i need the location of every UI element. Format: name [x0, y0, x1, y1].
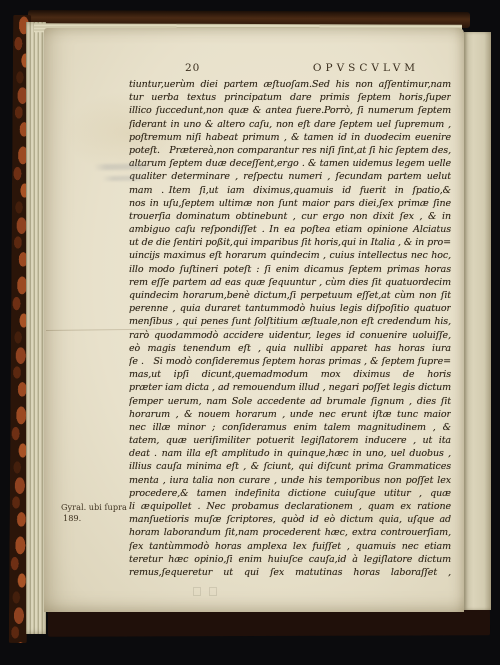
body-text-line: illico ſuccedunt,non quæ & antea fuere.P…	[129, 104, 451, 117]
body-text-line: uincijs maximus eſt horarum quindecim , …	[129, 249, 451, 262]
body-text-line: ambiguo caſu reſpondiſſet . In ea poſtea…	[129, 223, 451, 236]
body-text-line: menſibus , qui penes ſunt ſolſtitium æſt…	[129, 315, 451, 328]
running-title: OPVSCVLVM	[286, 62, 446, 74]
left-page-edges	[26, 22, 46, 634]
body-text-line: illo modo ſuſtineri poteſt : ſi enim dic…	[129, 263, 451, 276]
verso-showthrough-blur	[70, 157, 159, 201]
photo-background: 20 OPVSCVLVM tiuntur,uerùm diei partem æ…	[0, 0, 500, 665]
right-fore-edge	[464, 32, 491, 610]
body-text-line: manſuetioris muſæ ſcriptores, quòd id eò…	[129, 513, 451, 526]
bottom-marbled-board-edge	[48, 609, 490, 637]
faint-mark	[193, 587, 201, 596]
body-text-line: procedere,& tamen indefinita dictione cu…	[129, 487, 451, 500]
body-text-line: li æquipollet . Nec probamus declaration…	[129, 500, 451, 513]
body-text-line: qualiter determinare , reſpectu numeri ,…	[129, 170, 451, 183]
body-text-line: horam laborandum ſit,nam procederent hæc…	[129, 526, 451, 539]
body-text-line: teretur hæc opinio,ſi enim huiuſce cauſa…	[129, 553, 451, 566]
body-text-line: poteſt. Prætereà,non comparantur res niſ…	[129, 144, 451, 157]
body-text-line: perenne , quia duraret tantummodò huius …	[129, 302, 451, 315]
body-text-line: tiuntur,uerùm diei partem æſtuoſam.Sed h…	[129, 78, 451, 91]
body-text-line: horarum , & nouem horarum , unde nec eru…	[129, 408, 451, 421]
body-text-line: rem eſſe partem ad eas quæ ſequuntur , c…	[129, 276, 451, 289]
body-text-line: ſiderant in uno & altero caſu, non eſt d…	[129, 118, 451, 131]
showthrough-line	[102, 175, 146, 181]
body-text-line: ſex tantùmmodò horas amplexa lex fuiſſet…	[129, 540, 451, 553]
body-text-line: quindecim horarum,benè dictum,ſi perpetu…	[129, 289, 451, 302]
body-text-line: mam . Item ſi,ut iam diximus,quamuis id …	[129, 184, 451, 197]
body-text-line: ſemper uerum, nam Sole accedente ad brum…	[129, 395, 451, 408]
body-text-line: trouerſia dominatum obtinebunt , cur erg…	[129, 210, 451, 223]
margin-note: Gyral. ubi ſupra 189.	[61, 502, 131, 524]
body-text-line: nec illæ minor ; conſideramus enim talem…	[129, 421, 451, 434]
faint-signature-marks	[193, 581, 233, 591]
faint-mark	[209, 587, 217, 596]
body-text-line: remus,ſequeretur ut qui ſex matutinas ho…	[129, 566, 451, 579]
margin-note-citation: Gyral. ubi ſupra	[61, 502, 131, 513]
body-text-line: tatem, quæ ueriſimiliter potuerit legiſl…	[129, 434, 451, 447]
body-text: tiuntur,uerùm diei partem æſtuoſam.Sed h…	[129, 78, 451, 579]
body-text-line: tur uerba textus principatum dare primis…	[129, 91, 451, 104]
book-page: 20 OPVSCVLVM tiuntur,uerùm diei partem æ…	[44, 28, 464, 612]
showthrough-line	[94, 163, 154, 170]
margin-note-page-ref: 189.	[61, 513, 131, 524]
body-text-line: illius cauſa minima eſt , & ſciunt, qui …	[129, 460, 451, 473]
body-text-line: nos in uſu,ſeptem ultimæ non ſunt maior …	[129, 197, 451, 210]
body-text-line: altarum ſeptem duæ deceſſent,ergo . & ta…	[129, 157, 451, 170]
body-text-line: rarò quodammodò accidere uidentur, leges…	[129, 329, 451, 342]
body-text-line: ut de die ſentiri poßit,qui imparibus ſi…	[129, 236, 451, 249]
page-number: 20	[185, 62, 200, 74]
body-text-line: eò magis tenendum eſt , quia nullibi app…	[129, 342, 451, 355]
body-text-line: ſe . Si modò conſideremus ſeptem horas p…	[129, 355, 451, 368]
body-text-line: menta , iura talia non curare , unde his…	[129, 474, 451, 487]
body-text-line: mas,ut ipſi dicunt,quemadmodum mox dixim…	[129, 368, 451, 381]
body-text-line: præter iam dicta , ad remouendum illud ,…	[129, 381, 451, 394]
body-text-line: poſtremum niſi habeat primum , & tamen i…	[129, 131, 451, 144]
body-text-line: deat . nam illa eſt amplitudo in quinque…	[129, 447, 451, 460]
